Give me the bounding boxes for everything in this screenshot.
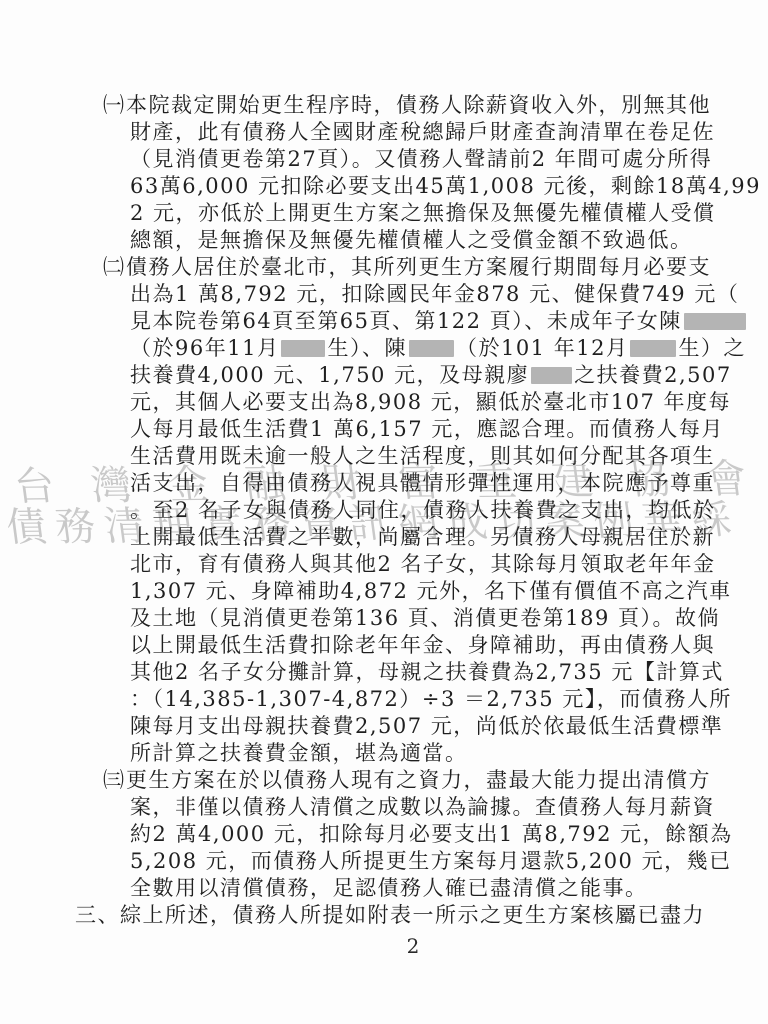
text-line: 全數用以清償債務，足認債務人確已盡清償之能事。 — [130, 875, 751, 902]
item-marker-3: ㈢ — [103, 768, 124, 792]
text-line: 63萬6,000 元扣除必要支出45萬1,008 元後，剩餘18萬4,99 — [130, 173, 751, 200]
paragraph-item-1: ㈠本院裁定開始更生程序時，債務人除薪資收入外，別無其他 財產，此有債務人全國財產… — [103, 92, 751, 254]
text-line: 人每月最低生活費1 萬6,157 元，應認合理。而債務人每月 — [130, 416, 751, 443]
text-segment: （於96年11月 — [130, 336, 279, 360]
redaction-mother-name — [531, 367, 572, 384]
text-segment: 生）之 — [678, 336, 746, 360]
text-line: 1,307 元、身障補助4,872 元外，名下僅有價值不高之汽車 — [130, 578, 751, 605]
conclusion-line: 三、綜上所述，債務人所提如附表一所示之更生方案核屬已盡力 — [75, 902, 751, 929]
text-line: 總額，是無擔保及無優先權債權人之受償金額不致過低。 — [130, 227, 751, 254]
scanned-court-document-page: 台灣金融財富重建協會 債務清理實務資訊網成功案例華綵 ㈠本院裁定開始更生程序時，… — [0, 0, 768, 1024]
text-line: 陳每月支出母親扶養費2,507 元，尚低於依最低生活費標準 — [130, 713, 751, 740]
text-line: 案，非僅以債務人清償之成數以為論據。查債務人每月薪資 — [130, 794, 751, 821]
text-line: 約2 萬4,000 元，扣除每月必要支出1 萬8,792 元，餘額為 — [130, 821, 751, 848]
text-segment: 見本院卷第64頁至第65頁、第122 頁）、未成年子女陳 — [130, 309, 682, 333]
text-segment: 生）、陳 — [327, 336, 407, 360]
text-line: 5,208 元，而債務人所提更生方案每月還款5,200 元，幾已 — [130, 848, 751, 875]
text-line: ㈡債務人居住於臺北市，其所列更生方案履行期間每月必要支 — [103, 254, 751, 281]
text-line: ㈠本院裁定開始更生程序時，債務人除薪資收入外，別無其他 — [103, 92, 751, 119]
text-line: 其他2 名子女分攤計算，母親之扶養費為2,735 元【計算式 — [130, 659, 751, 686]
text-line: 北市，育有債務人與其他2 名子女，其除每月領取老年年金 — [130, 551, 751, 578]
text-segment: 之扶養費2,507 — [574, 363, 732, 387]
text-line: 以上開最低生活費扣除老年年金、身障補助，再由債務人與 — [130, 632, 751, 659]
text-line: 所計算之扶養費金額，堪為適當。 — [130, 740, 751, 767]
paragraph-item-3: ㈢更生方案在於以債務人現有之資力，盡最大能力提出清償方 案，非僅以債務人清償之成… — [103, 767, 751, 902]
text-line: ㈢更生方案在於以債務人現有之資力，盡最大能力提出清償方 — [103, 767, 751, 794]
text-line: 2 元，亦低於上開更生方案之無擔保及無優先權債權人受償 — [130, 200, 751, 227]
text-line: 出為1 萬8,792 元，扣除國民年金878 元、健保費749 元（ — [130, 281, 751, 308]
text-line: 。至2 名子女與債務人同住，債務人扶養費之支出，均低於 — [130, 497, 751, 524]
text-line: 及土地（見消債更卷第136 頁、消債更卷第189 頁）。故倘 — [130, 605, 751, 632]
text-line: 上開最低生活費之半數，尚屬合理。另債務人母親居住於新 — [130, 524, 751, 551]
text-line: 見本院卷第64頁至第65頁、第122 頁）、未成年子女陳 — [130, 308, 751, 335]
item-marker-1: ㈠ — [103, 93, 124, 117]
text-segment: 債務人居住於臺北市，其所列更生方案履行期間每月必要支 — [126, 255, 711, 279]
text-line: 扶養費4,000 元、1,750 元，及母親廖之扶養費2,507 — [130, 362, 751, 389]
text-line: 生活費用既未逾一般人之生活程度，則其如何分配其各項生 — [130, 443, 751, 470]
paragraph-item-2: ㈡債務人居住於臺北市，其所列更生方案履行期間每月必要支 出為1 萬8,792 元… — [103, 254, 751, 767]
text-segment: 本院裁定開始更生程序時，債務人除薪資收入外，別無其他 — [126, 93, 711, 117]
text-line: 元，其個人必要支出為8,908 元，顯低於臺北市107 年度每 — [130, 389, 751, 416]
text-line: （於96年11月生）、陳（於101 年12月生）之 — [130, 335, 751, 362]
redaction-child2-name — [409, 340, 454, 357]
text-segment: 扶養費4,000 元、1,750 元，及母親廖 — [130, 363, 529, 387]
redaction-child1-birthdate — [281, 340, 325, 357]
redaction-child1-name — [684, 313, 746, 330]
item-marker-2: ㈡ — [103, 255, 124, 279]
text-segment: 更生方案在於以債務人現有之資力，盡最大能力提出清償方 — [126, 768, 711, 792]
document-body: ㈠本院裁定開始更生程序時，債務人除薪資收入外，別無其他 財產，此有債務人全國財產… — [103, 92, 751, 929]
page-number: 2 — [103, 934, 723, 958]
text-segment: （於101 年12月 — [456, 336, 628, 360]
text-line: （見消債更卷第27頁）。又債務人聲請前2 年間可處分所得 — [130, 146, 751, 173]
text-line: 財產，此有債務人全國財產稅總歸戶財產查詢清單在卷足佐 — [130, 119, 751, 146]
redaction-child2-birthdate — [630, 340, 676, 357]
text-line: ：（14,385-1,307-4,872）÷3 ＝2,735 元】，而債務人所 — [130, 686, 751, 713]
text-line: 活支出，自得由債務人視具體情形彈性運用，本院應予尊重 — [130, 470, 751, 497]
